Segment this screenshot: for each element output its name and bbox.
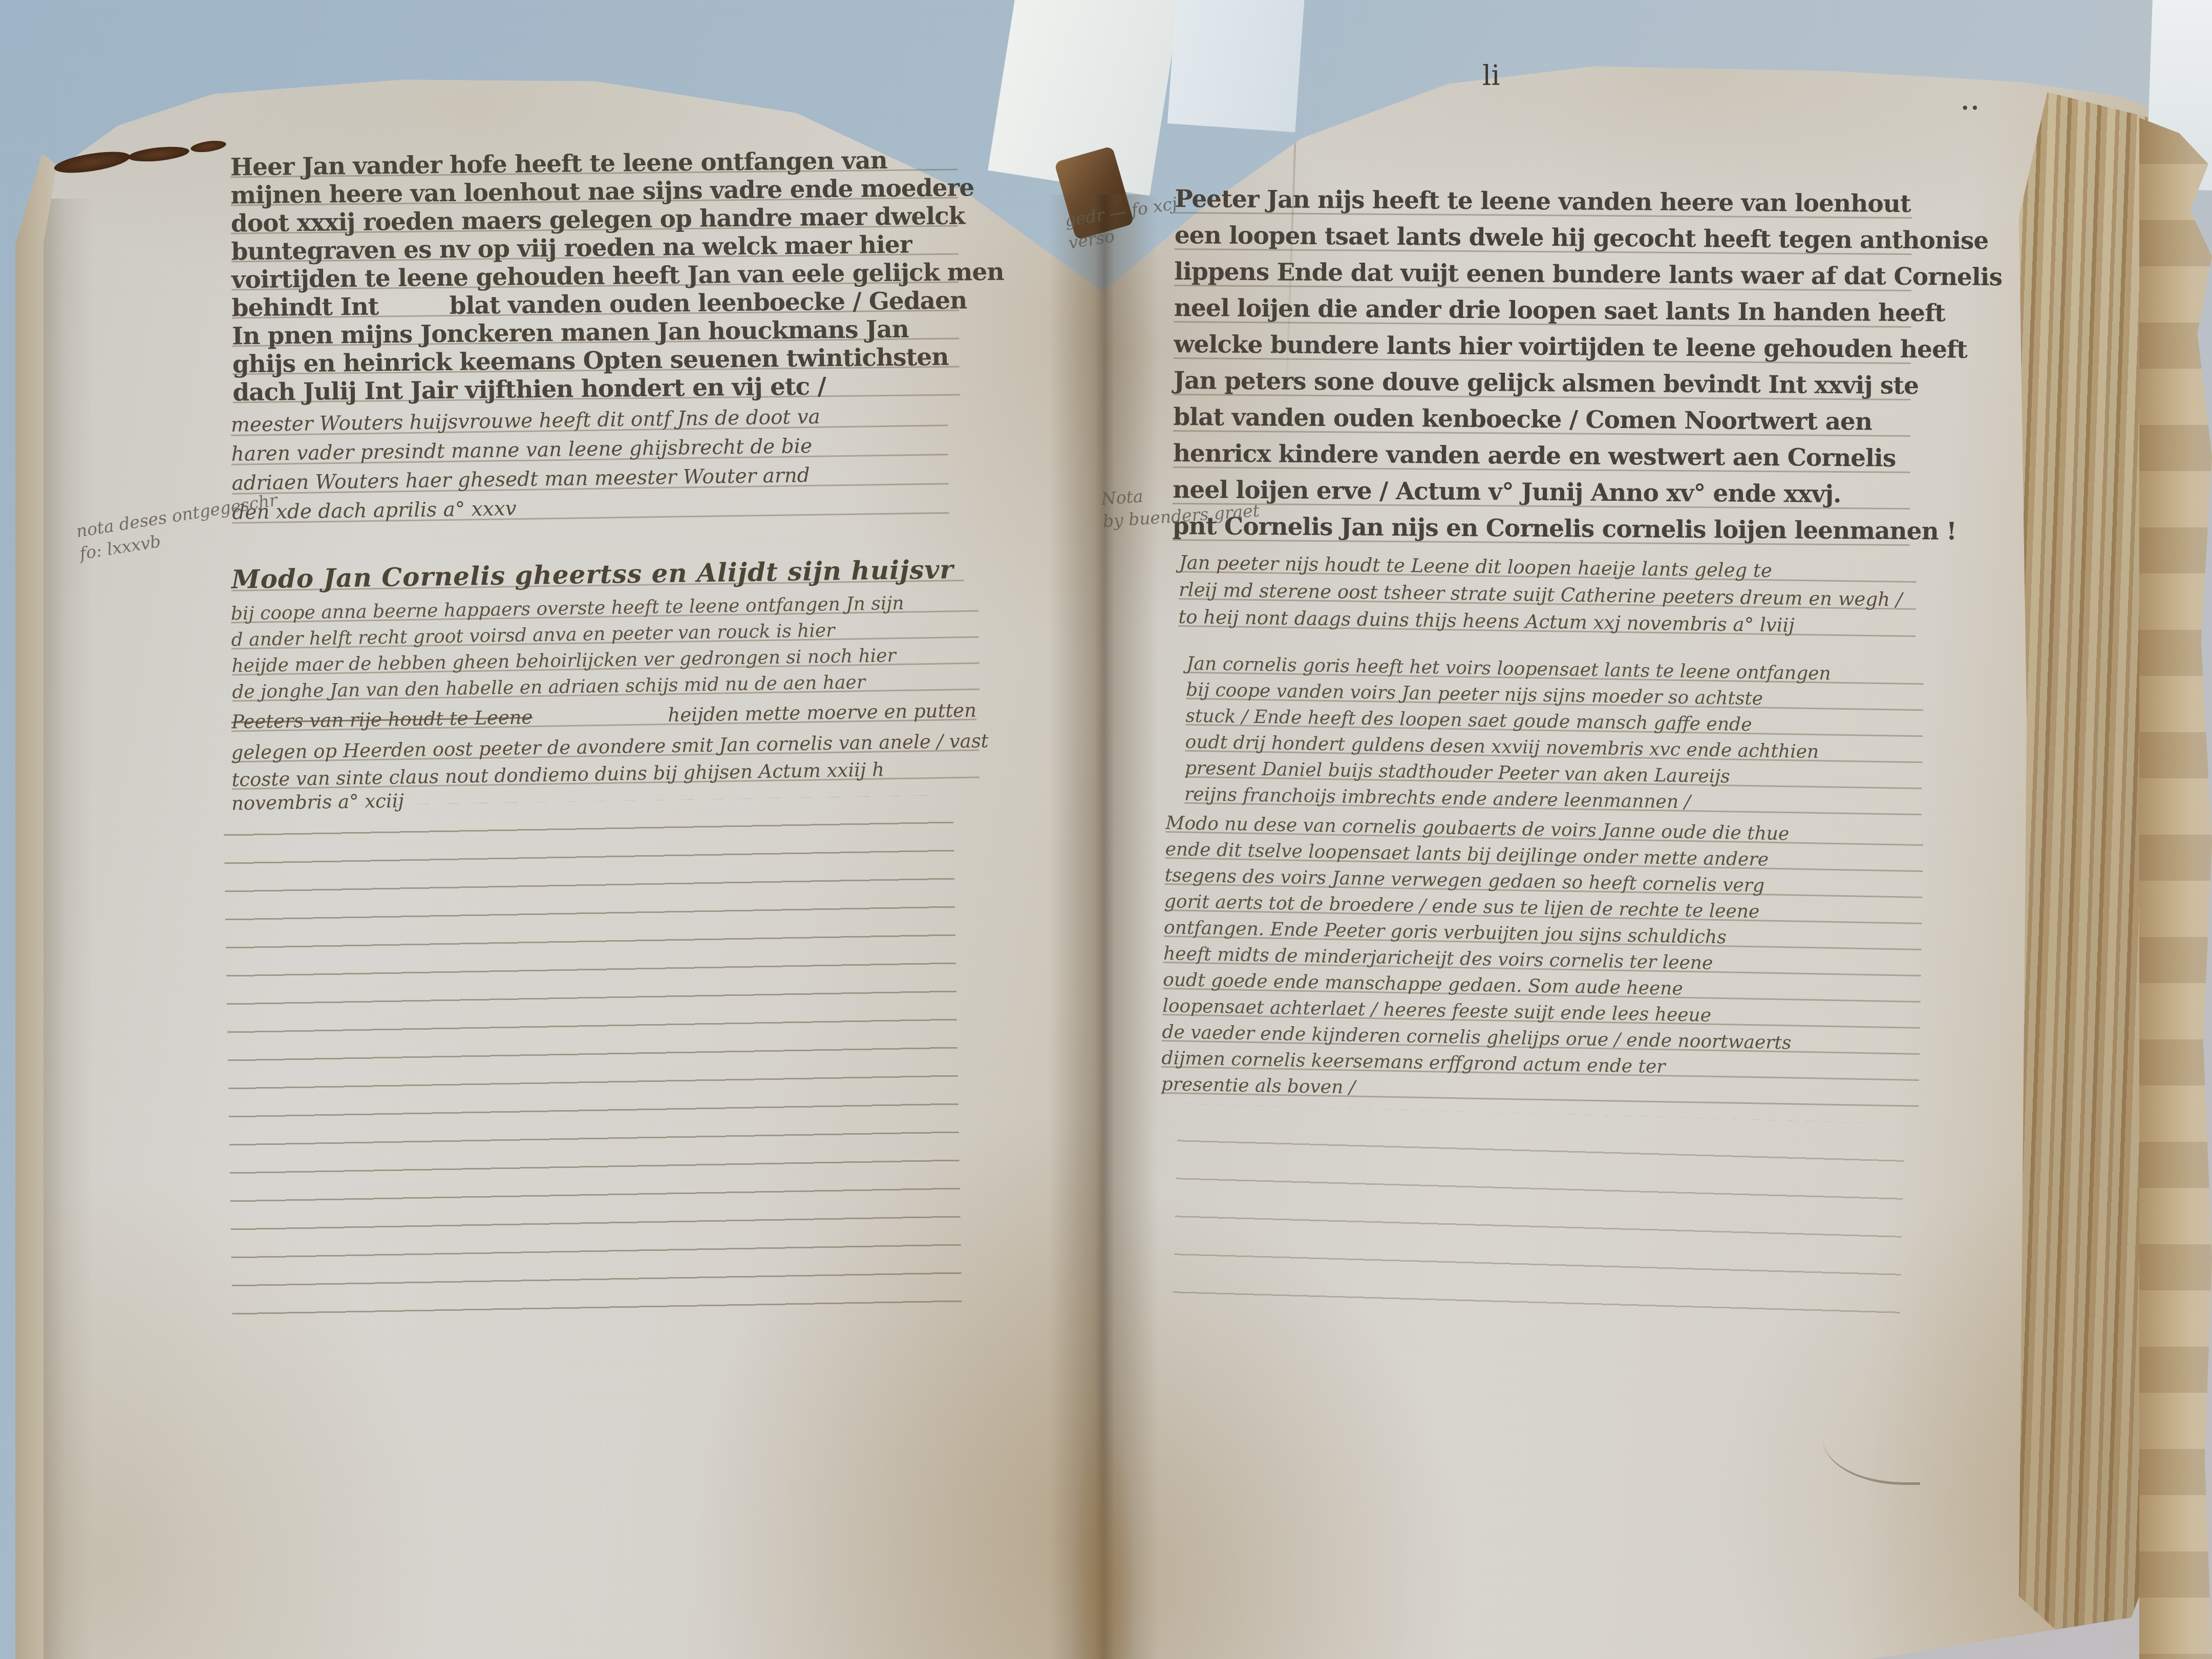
damaged-leaf-edges [2139,118,2212,1659]
blank-ruled-lines-left [223,795,962,1323]
paper-strip [1167,0,1306,132]
left-entry2-body: bij coope anna beerne happaers overste h… [230,589,980,706]
right-addendum-1: Jan peeter nijs houdt te Leene dit loope… [1178,549,1917,641]
tenure-phrase: Peeters van rije houdt te Leene [231,704,533,735]
left-entry-addendum: meester Wouters huijsvrouwe heeft dit on… [230,400,949,527]
corner-mark: .. [1961,91,1981,114]
blank-ruled-lines-right [1172,1103,1905,1338]
text-line: neel loijen die ander drie loopen saet l… [1174,290,1911,331]
right-addendum-3: Modo nu dese van cornelis goubaerts de v… [1161,810,1924,1111]
text-line: welcke bundere lants hier voirtijden te … [1174,326,1911,368]
text-line: Jan peters sone douve gelijck alsmen bev… [1174,363,1911,404]
left-entry-main: Heer Jan vander hofe heeft te leene ontf… [230,146,960,407]
text-line: blat vanden ouden kenboecke / Comen Noor… [1173,399,1910,440]
right-addendum-2: Jan cornelis goris heeft het voirs loope… [1184,651,1924,819]
text-line: henricx kindere vanden aerde en westwert… [1173,435,1910,477]
parcel-phrase: heijden mette moerve en putten [668,697,976,729]
text-line: neel loijen erve / Actum v° Junij Anno x… [1173,472,1910,513]
text-line: pnt Cornelis Jan nijs en Cornelis cornel… [1173,508,1910,549]
text-line: Peeter Jan nijs heeft te leene vanden he… [1175,181,1912,222]
book-gutter [1049,195,1158,1659]
text-line: lippens Ende dat vuijt eenen bundere lan… [1174,253,1911,295]
fore-edge [2019,92,2148,1659]
text-line: een loopen tsaet lants dwele hij gecocht… [1175,217,1912,259]
folio-number: li [1482,60,1500,91]
right-entry-main: Peeter Jan nijs heeft te leene vanden he… [1173,181,1912,549]
manuscript-book-photo: li .. Heer Jan vander hofe heeft te leen… [0,0,2212,1659]
